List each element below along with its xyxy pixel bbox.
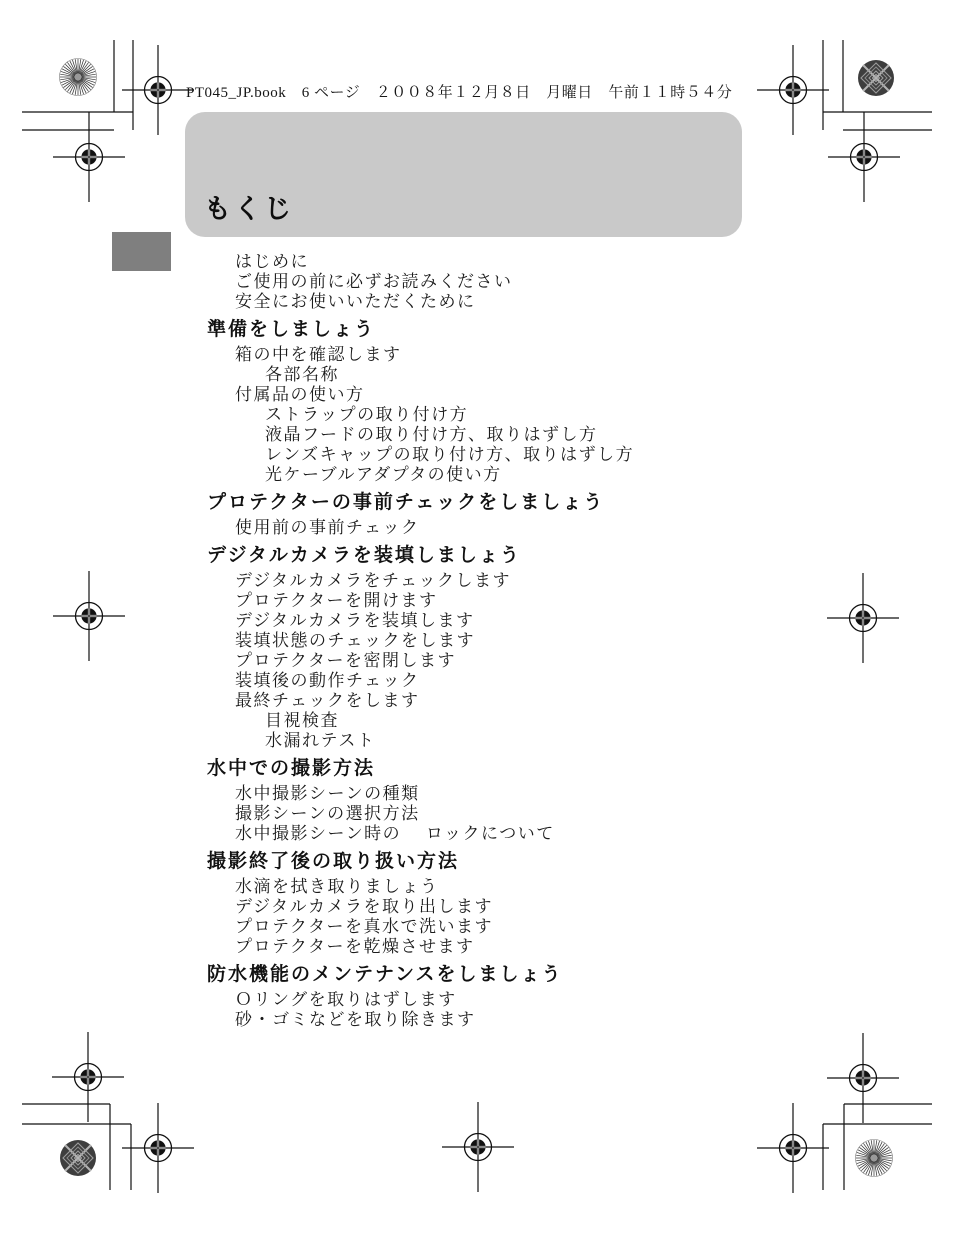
registration-mark-icon xyxy=(442,1102,514,1192)
sunburst-ornament-icon xyxy=(60,59,97,96)
scanned-manual-page: PT045_JP.book 6 ページ ２００８年１２月８日 月曜日 午前１１時… xyxy=(0,0,954,1238)
registration-mark-icon xyxy=(827,1033,899,1123)
moire-ornament-icon xyxy=(60,1140,96,1176)
registration-mark-icon xyxy=(53,571,125,661)
registration-mark-icon xyxy=(52,1032,124,1122)
registration-mark-icon xyxy=(828,112,900,202)
registration-mark-icon xyxy=(122,1103,194,1193)
registration-mark-icon xyxy=(827,573,899,663)
print-marks-layer xyxy=(0,0,954,1238)
crop-marks xyxy=(22,40,932,1190)
sunburst-ornament-icon xyxy=(856,1140,893,1177)
registration-mark-icon xyxy=(757,45,829,135)
moire-ornament-icon xyxy=(858,60,894,96)
registration-mark-icon xyxy=(757,1103,829,1193)
registration-mark-icon xyxy=(53,112,125,202)
